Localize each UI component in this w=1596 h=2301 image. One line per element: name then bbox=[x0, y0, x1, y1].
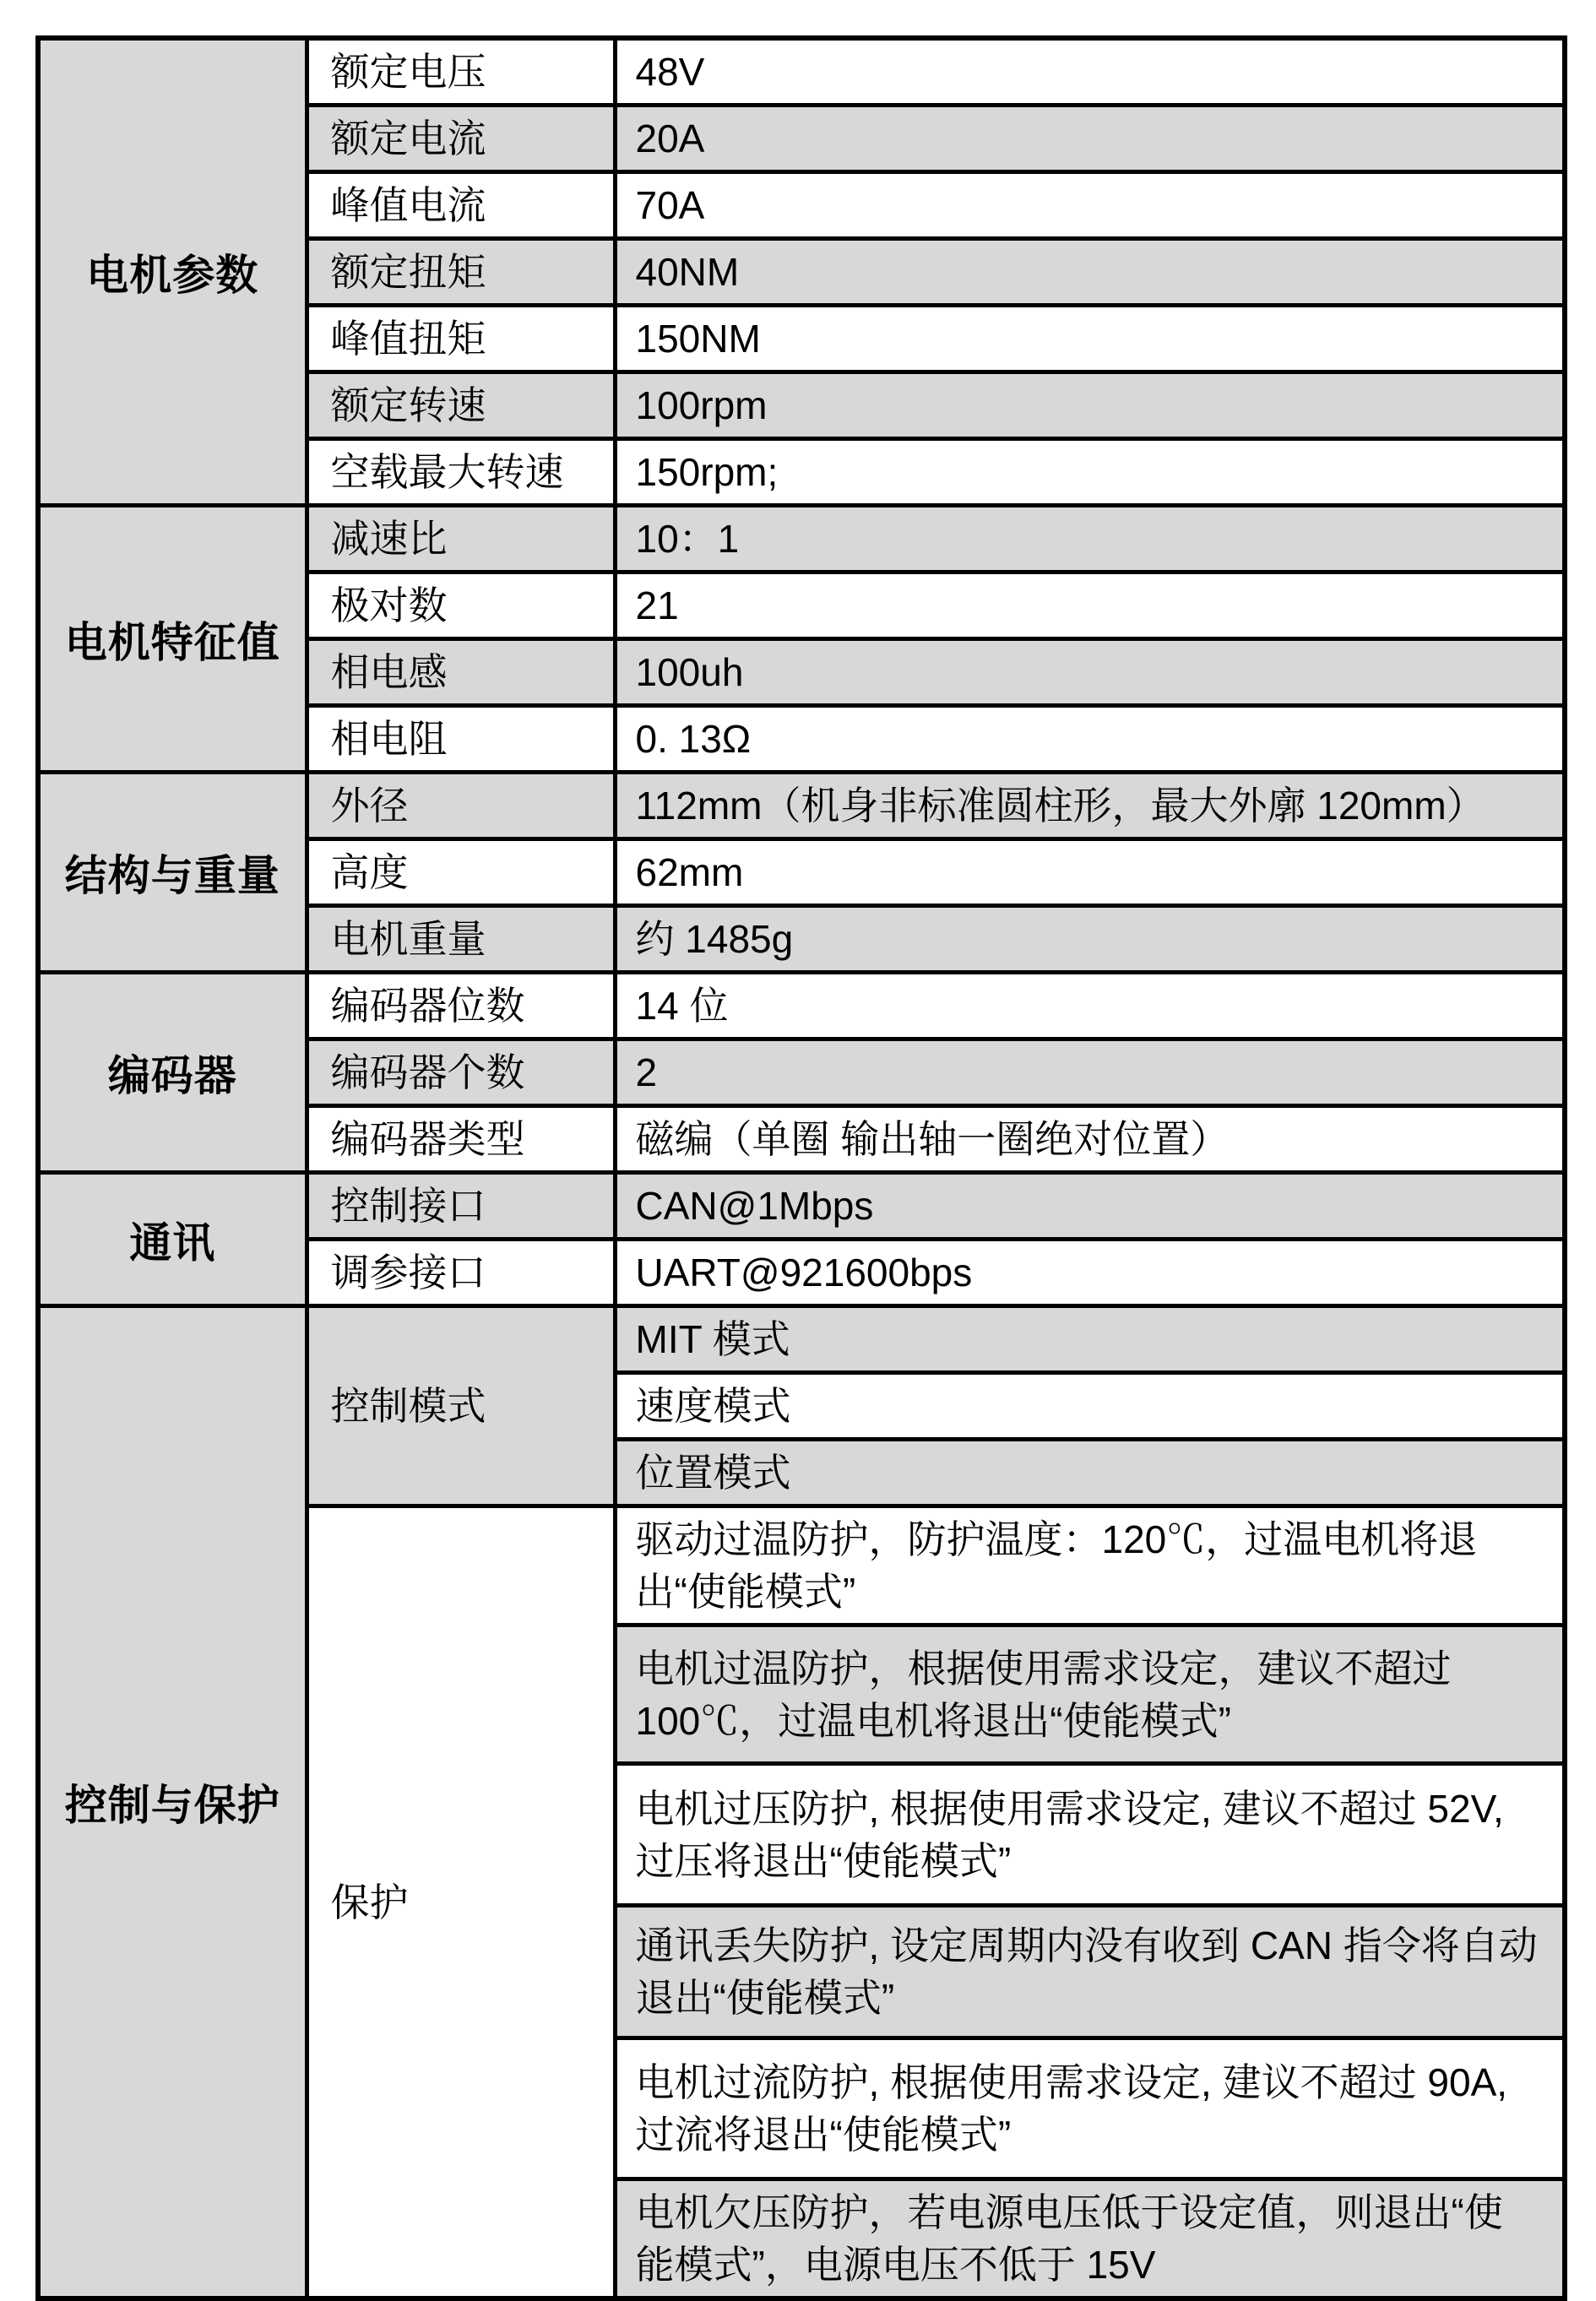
value-cell: 70A bbox=[615, 172, 1565, 239]
param-cell: 调参接口 bbox=[307, 1240, 615, 1306]
param-cell: 减速比 bbox=[307, 506, 615, 573]
category-cell: 编码器 bbox=[38, 973, 307, 1173]
value-cell: 112mm（机身非标准圆柱形，最大外廓 120mm） bbox=[615, 773, 1565, 839]
param-cell: 峰值扭矩 bbox=[307, 306, 615, 372]
value-cell: UART@921600bps bbox=[615, 1240, 1565, 1306]
table-row: 电机特征值减速比10：1 bbox=[38, 506, 1565, 573]
table-row: 结构与重量外径112mm（机身非标准圆柱形，最大外廓 120mm） bbox=[38, 773, 1565, 839]
category-cell: 电机参数 bbox=[38, 38, 307, 506]
value-cell: 电机过流防护, 根据使用需求设定, 建议不超过 90A, 过流将退出“使能模式” bbox=[615, 2038, 1565, 2179]
param-cell: 额定转速 bbox=[307, 372, 615, 439]
value-cell: 10：1 bbox=[615, 506, 1565, 573]
value-cell: 电机过温防护，根据使用需求设定，建议不超过 100℃，过温电机将退出“使能模式” bbox=[615, 1625, 1565, 1764]
value-cell: 40NM bbox=[615, 239, 1565, 306]
value-cell: 150NM bbox=[615, 306, 1565, 372]
param-cell: 极对数 bbox=[307, 573, 615, 639]
motor-spec-table: 电机参数额定电压48V额定电流20A峰值电流70A额定扭矩40NM峰值扭矩150… bbox=[35, 35, 1567, 2301]
value-cell: CAN@1Mbps bbox=[615, 1173, 1565, 1240]
param-cell: 控制接口 bbox=[307, 1173, 615, 1240]
value-cell: 电机欠压防护，若电源电压低于设定值，则退出“使能模式”，电源电压不低于 15V bbox=[615, 2179, 1565, 2299]
value-cell: 磁编（单圈 输出轴一圈绝对位置） bbox=[615, 1106, 1565, 1173]
value-cell: 100uh bbox=[615, 639, 1565, 706]
category-cell: 电机特征值 bbox=[38, 506, 307, 773]
param-cell: 编码器类型 bbox=[307, 1106, 615, 1173]
value-cell: MIT 模式 bbox=[615, 1306, 1565, 1373]
value-cell: 150rpm; bbox=[615, 439, 1565, 506]
value-cell: 约 1485g bbox=[615, 906, 1565, 973]
param-cell: 峰值电流 bbox=[307, 172, 615, 239]
category-cell: 通讯 bbox=[38, 1173, 307, 1306]
table-row: 控制与保护控制模式MIT 模式 bbox=[38, 1306, 1565, 1373]
param-cell: 外径 bbox=[307, 773, 615, 839]
value-cell: 14 位 bbox=[615, 973, 1565, 1039]
param-cell: 空载最大转速 bbox=[307, 439, 615, 506]
param-cell: 相电感 bbox=[307, 639, 615, 706]
param-cell: 额定电流 bbox=[307, 106, 615, 172]
category-cell: 控制与保护 bbox=[38, 1306, 307, 2299]
table-row: 电机参数额定电压48V bbox=[38, 38, 1565, 106]
param-cell: 高度 bbox=[307, 839, 615, 906]
value-cell: 0. 13Ω bbox=[615, 706, 1565, 773]
param-cell: 电机重量 bbox=[307, 906, 615, 973]
value-cell: 100rpm bbox=[615, 372, 1565, 439]
motor-spec-table-body: 电机参数额定电压48V额定电流20A峰值电流70A额定扭矩40NM峰值扭矩150… bbox=[38, 38, 1565, 2298]
param-cell: 编码器位数 bbox=[307, 973, 615, 1039]
param-cell: 编码器个数 bbox=[307, 1039, 615, 1106]
param-cell: 相电阻 bbox=[307, 706, 615, 773]
value-cell: 速度模式 bbox=[615, 1373, 1565, 1440]
table-row: 编码器编码器位数14 位 bbox=[38, 973, 1565, 1039]
category-cell: 结构与重量 bbox=[38, 773, 307, 973]
value-cell: 通讯丢失防护, 设定周期内没有收到 CAN 指令将自动退出“使能模式” bbox=[615, 1906, 1565, 2038]
value-cell: 2 bbox=[615, 1039, 1565, 1106]
param-cell: 控制模式 bbox=[307, 1306, 615, 1506]
value-cell: 62mm bbox=[615, 839, 1565, 906]
value-cell: 20A bbox=[615, 106, 1565, 172]
value-cell: 21 bbox=[615, 573, 1565, 639]
param-cell: 额定扭矩 bbox=[307, 239, 615, 306]
table-row: 通讯控制接口CAN@1Mbps bbox=[38, 1173, 1565, 1240]
value-cell: 48V bbox=[615, 38, 1565, 106]
value-cell: 电机过压防护, 根据使用需求设定, 建议不超过 52V, 过压将退出“使能模式” bbox=[615, 1764, 1565, 1906]
param-cell: 保护 bbox=[307, 1506, 615, 2299]
value-cell: 位置模式 bbox=[615, 1440, 1565, 1506]
value-cell: 驱动过温防护，防护温度：120℃，过温电机将退出“使能模式” bbox=[615, 1506, 1565, 1625]
param-cell: 额定电压 bbox=[307, 38, 615, 106]
